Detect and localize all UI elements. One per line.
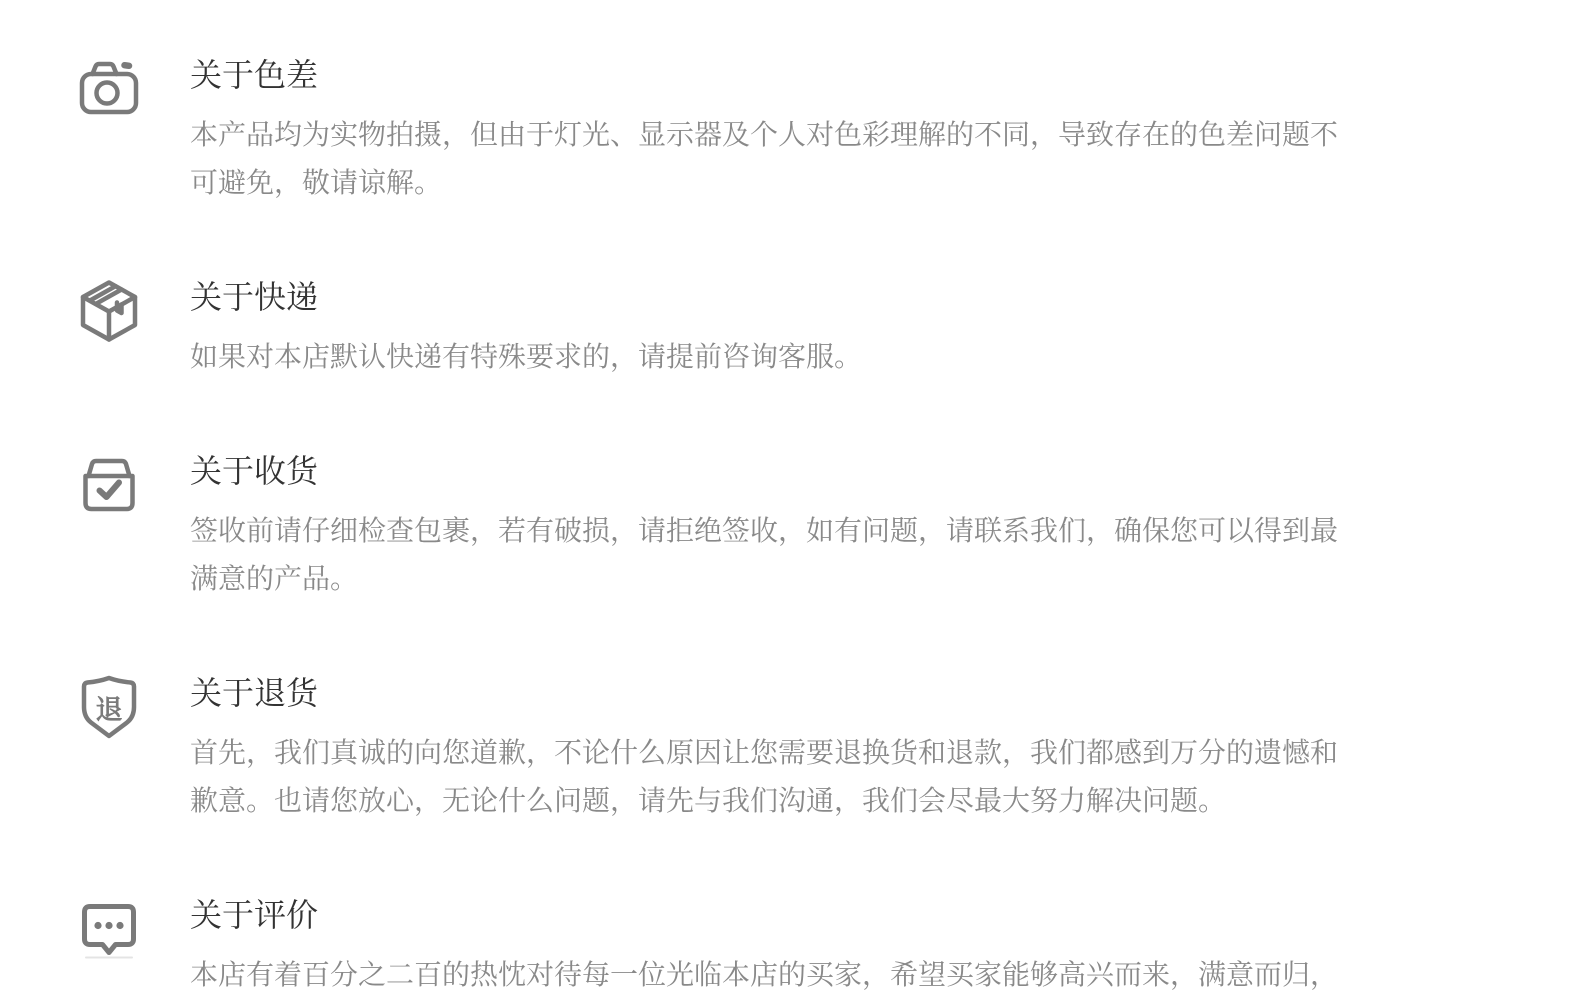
section-title: 关于快递: [190, 277, 1580, 317]
package-box-icon: [77, 277, 141, 343]
section-color-difference: 关于色差 本产品均为实物拍摄，但由于灯光、显示器及个人对色彩理解的不同，导致存在…: [77, 55, 1580, 207]
section-shipping: 关于快递 如果对本店默认快递有特殊要求的，请提前咨询客服。: [77, 277, 1580, 381]
store-policy-page: 关于色差 本产品均为实物拍摄，但由于灯光、显示器及个人对色彩理解的不同，导致存在…: [0, 0, 1580, 999]
section-title: 关于评价: [190, 895, 1580, 935]
section-reviews: 关于评价 本店有着百分之二百的热忱对待每一位光临本店的买家，希望买家能够高兴而来…: [77, 895, 1580, 999]
section-body: 如果对本店默认快递有特殊要求的，请提前咨询客服。: [190, 333, 1353, 381]
section-returns: 退 关于退货 首先，我们真诚的向您道歉，不论什么原因让您需要退换货和退款，我们都…: [77, 673, 1580, 825]
section-text: 关于评价 本店有着百分之二百的热忱对待每一位光临本店的买家，希望买家能够高兴而来…: [190, 895, 1580, 999]
section-text: 关于快递 如果对本店默认快递有特殊要求的，请提前咨询客服。: [190, 277, 1580, 381]
shield-glyph: 退: [96, 695, 123, 725]
section-title: 关于色差: [190, 55, 1580, 95]
section-delivery-receipt: 关于收货 签收前请仔细检查包裹，若有破损，请拒绝签收，如有问题，请联系我们，确保…: [77, 451, 1580, 603]
camera-icon: [77, 55, 141, 121]
section-body: 本店有着百分之二百的热忱对待每一位光临本店的买家，希望买家能够高兴而来，满意而归…: [190, 951, 1353, 999]
section-text: 关于收货 签收前请仔细检查包裹，若有破损，请拒绝签收，如有问题，请联系我们，确保…: [190, 451, 1580, 603]
section-title: 关于退货: [190, 673, 1580, 713]
section-body: 首先，我们真诚的向您道歉，不论什么原因让您需要退换货和退款，我们都感到万分的遗憾…: [190, 729, 1353, 825]
section-body: 签收前请仔细检查包裹，若有破损，请拒绝签收，如有问题，请联系我们，确保您可以得到…: [190, 507, 1353, 603]
section-text: 关于退货 首先，我们真诚的向您道歉，不论什么原因让您需要退换货和退款，我们都感到…: [190, 673, 1580, 825]
box-check-icon: [77, 451, 141, 517]
chat-bubble-icon: [77, 895, 141, 961]
section-title: 关于收货: [190, 451, 1580, 491]
section-text: 关于色差 本产品均为实物拍摄，但由于灯光、显示器及个人对色彩理解的不同，导致存在…: [190, 55, 1580, 207]
section-body: 本产品均为实物拍摄，但由于灯光、显示器及个人对色彩理解的不同，导致存在的色差问题…: [190, 111, 1353, 207]
shield-return-icon: 退: [77, 673, 141, 739]
